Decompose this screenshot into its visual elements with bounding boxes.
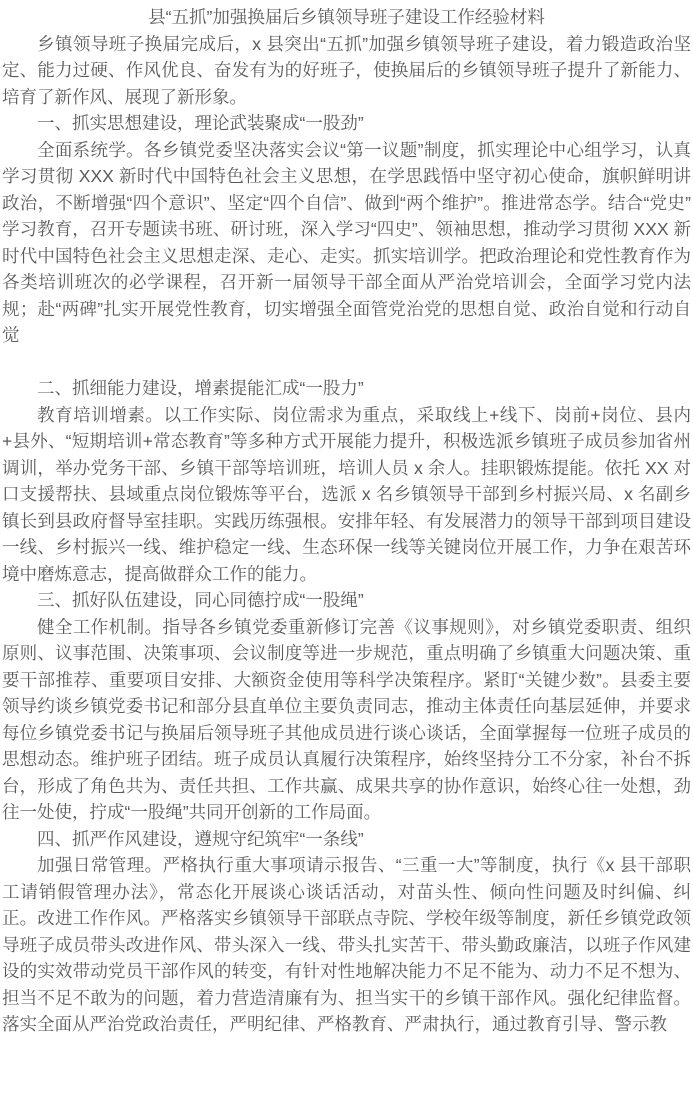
section-1-heading: 一、抓实思想建设，理论武装聚成“一股劲” <box>2 110 691 137</box>
document-title: 县“五抓”加强换届后乡镇领导班子建设工作经验材料 <box>2 4 691 31</box>
section-4-body: 加强日常管理。严格执行重大事项请示报告、“三重一大”等制度，执行《x 县干部职工… <box>2 852 691 1038</box>
section-3-heading: 三、抓好队伍建设，同心同德拧成“一股绳” <box>2 587 691 614</box>
intro-paragraph: 乡镇领导班子换届完成后，x 县突出“五抓”加强乡镇领导班子建设，着力锻造政治坚定… <box>2 31 691 111</box>
section-4-heading: 四、抓严作风建设，遵规守纪筑牢“一条线” <box>2 826 691 853</box>
section-2-body: 教育培训增素。以工作实际、岗位需求为重点，采取线上+线下、岗前+岗位、县内+县外… <box>2 402 691 588</box>
section-3-body: 健全工作机制。指导各乡镇党委重新修订完善《议事规则》，对乡镇党委职责、组织原则、… <box>2 614 691 826</box>
section-1-body: 全面系统学。各乡镇党委坚决落实会议“第一议题”制度，抓实理论中心组学习，认真学习… <box>2 137 691 349</box>
document-page: 县“五抓”加强换届后乡镇领导班子建设工作经验材料 乡镇领导班子换届完成后，x 县… <box>0 0 693 1097</box>
section-2-heading: 二、抓细能力建设，增素提能汇成“一股力” <box>2 375 691 402</box>
